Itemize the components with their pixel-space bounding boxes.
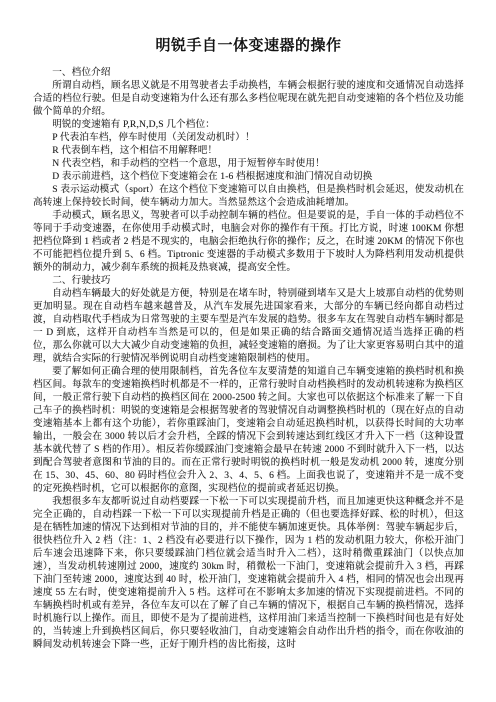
paragraph-shift-timing: 要了解如何正确合理的使用限制档，首先各位车友要清楚的知道自己车辆变速箱的换档时机… xyxy=(33,365,464,495)
paragraph-gear-p: P 代表泊车档，停车时使用（关闭发动机时）！ xyxy=(33,131,464,144)
paragraph-gear-list: 明锐的变速箱有 P,R,N,D,S 几个档位： xyxy=(33,118,464,131)
paragraph-early-upshift: 我想很多车友都听说过自动档要踩一下松一下可以实现提前升档，而且加速更快这种概念并… xyxy=(33,495,464,651)
paragraph-driving-tips: 自动档车辆最大的好处就是方便，特别是在堵车时，特别碰到堵车又是大上坡那自动档的优… xyxy=(33,287,464,365)
paragraph-gear-d: D 表示前进档，这个档位下变速箱会在 1-6 档根据速度和油门情况自动切换 xyxy=(33,170,464,183)
paragraph-intro: 所谓自动档，顾名思义就是不用驾驶者去手动换档，车辆会根据行驶的速度和交通情况自动… xyxy=(33,79,464,118)
paragraph-gear-r: R 代表倒车档，这个相信不用解释吧！ xyxy=(33,144,464,157)
section-heading-1: 一、档位介绍 xyxy=(33,66,464,79)
document-title: 明锐手自一体变速器的操作 xyxy=(33,36,464,56)
paragraph-manual-mode: 手动模式，顾名思义，驾驶者可以手动控制车辆的档位。但是要说的是，手自一体的手动档… xyxy=(33,209,464,274)
paragraph-gear-n: N 代表空档，和手动档的空档一个意思，用于短暂停车时使用！ xyxy=(33,157,464,170)
document-page: 明锐手自一体变速器的操作 一、档位介绍 所谓自动档，顾名思义就是不用驾驶者去手动… xyxy=(0,0,496,702)
paragraph-gear-s: S 表示运动模式（sport）在这个档位下变速箱可以自由换档，但是换档时机会延迟… xyxy=(33,183,464,209)
section-heading-2: 二、行驶技巧 xyxy=(33,274,464,287)
